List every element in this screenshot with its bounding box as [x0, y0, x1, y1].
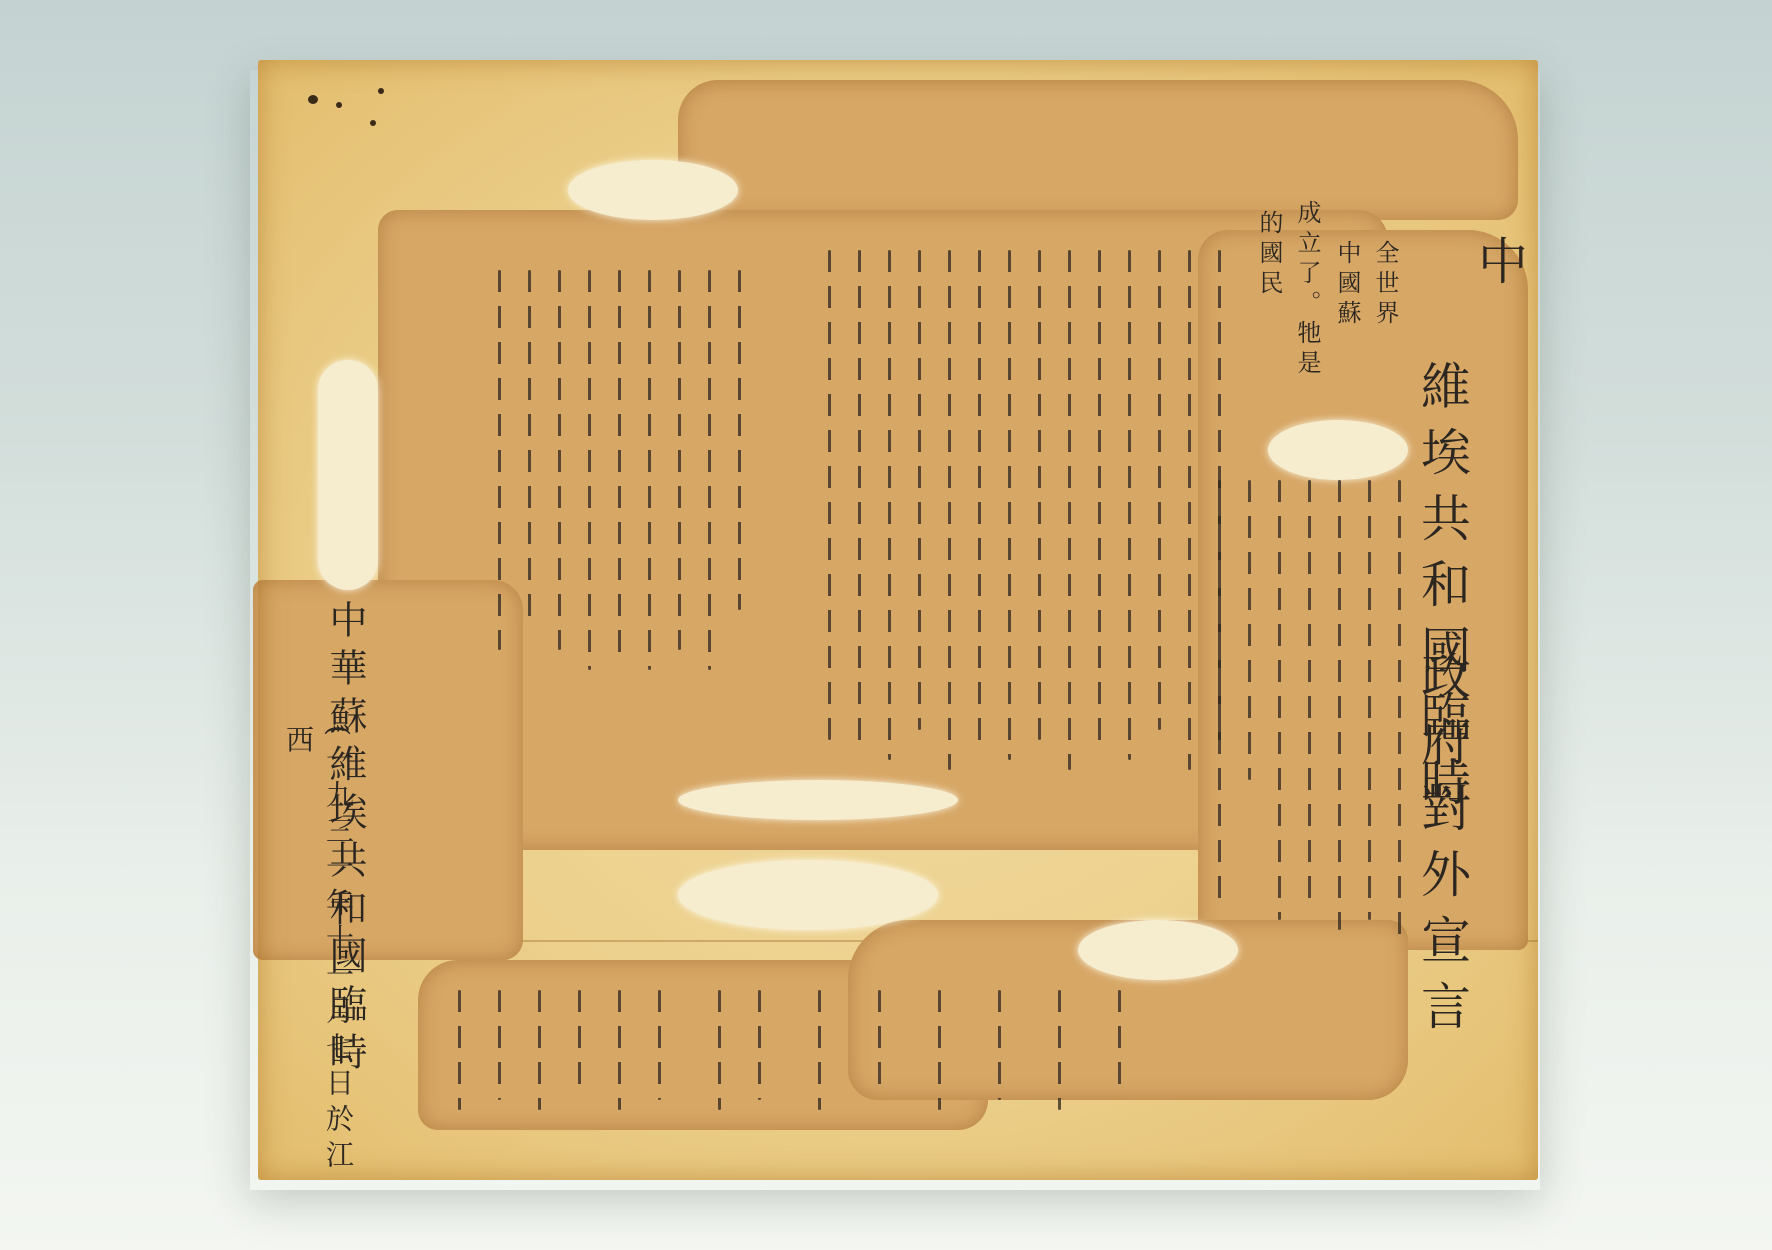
paper-fragment-left	[253, 580, 523, 960]
paper-fragment-main	[378, 210, 1388, 850]
text-column: 中國蘇	[1328, 240, 1366, 330]
text-column: 的國民	[1250, 210, 1288, 300]
tear-gap	[568, 160, 738, 220]
tear-gap	[1078, 920, 1238, 980]
text-body-columns	[1198, 480, 1428, 940]
date-line: (一九三一年十一月七日於江西	[278, 725, 358, 1180]
title-end: 政府對外宣言	[1406, 650, 1478, 1046]
text-body-columns	[408, 270, 788, 670]
signature-line: 中華蘇維埃共和國臨時	[318, 600, 373, 1080]
paper-fragment-bottom	[418, 960, 988, 1130]
worm-hole	[336, 102, 342, 108]
title-main: 維埃共和國臨時	[1406, 360, 1478, 822]
text-column: 成立了。牠是	[1288, 200, 1326, 380]
paper-fragment-bottom-right	[848, 920, 1408, 1100]
worm-hole	[370, 120, 376, 126]
paper-fragment-right	[1198, 230, 1528, 950]
tear-gap	[678, 780, 958, 820]
tear-gap	[1268, 420, 1408, 480]
document-sheet: 中 維埃共和國臨時 政府對外宣言 全世界 中國蘇 成立了。牠是 的國民 中華蘇維…	[258, 60, 1538, 1180]
tear-gap	[318, 360, 378, 590]
worm-hole	[308, 95, 318, 104]
fold-line	[258, 940, 1538, 942]
tear-gap	[678, 860, 938, 930]
title-first-char: 中	[1463, 235, 1535, 301]
paper-fragment-top	[678, 80, 1518, 220]
text-body-columns	[818, 250, 1238, 770]
text-body-columns	[458, 990, 1178, 1120]
worm-hole	[378, 88, 384, 94]
text-column: 全世界	[1366, 240, 1404, 330]
